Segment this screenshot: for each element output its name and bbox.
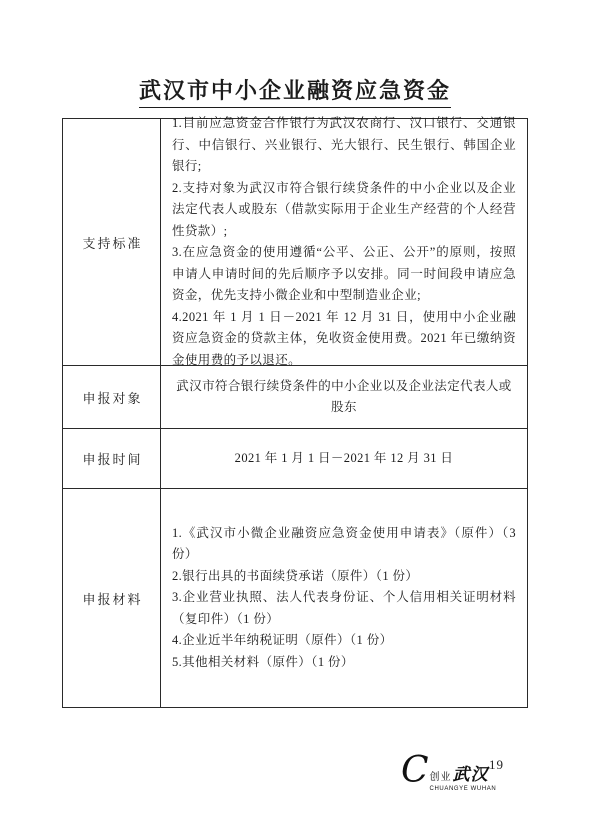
- row-content: 1.《武汉市小微企业融资应急资金使用申请表》（原件）（3 份）2.银行出具的书面…: [161, 489, 527, 707]
- chuangye-wuhan-logo: C 创业 武汉 CHUANGYE WUHAN: [401, 754, 496, 792]
- row-content: 2021 年 1 月 1 日－2021 年 12 月 31 日: [161, 429, 527, 488]
- title-row: 武汉市中小企业融资应急资金: [0, 74, 590, 108]
- content-line: 3.企业营业执照、法人代表身份证、个人信用相关证明材料（复印件）（1 份）: [172, 587, 516, 630]
- table-row: 申报对象武汉市符合银行续贷条件的中小企业以及企业法定代表人或股东: [63, 365, 527, 428]
- table-row: 申报材料1.《武汉市小微企业融资应急资金使用申请表》（原件）（3 份）2.银行出…: [63, 488, 527, 707]
- content-line: 2.支持对象为武汉市符合银行续贷条件的中小企业以及企业法定代表人或股东（借款实际…: [172, 178, 516, 243]
- info-table: 支持标准1.目前应急资金合作银行为武汉农商行、汉口银行、交通银行、中信银行、兴业…: [62, 118, 528, 708]
- content-line: 1.目前应急资金合作银行为武汉农商行、汉口银行、交通银行、中信银行、兴业银行、光…: [172, 113, 516, 178]
- row-content: 武汉市符合银行续贷条件的中小企业以及企业法定代表人或股东: [161, 366, 527, 428]
- table-row: 申报时间2021 年 1 月 1 日－2021 年 12 月 31 日: [63, 428, 527, 488]
- logo-text-block: 创业 武汉 CHUANGYE WUHAN: [430, 760, 497, 792]
- logo-c-glyph: C: [401, 754, 429, 788]
- content-line: 2.银行出具的书面续贷承诺（原件）（1 份）: [172, 566, 516, 588]
- row-content: 1.目前应急资金合作银行为武汉农商行、汉口银行、交通银行、中信银行、兴业银行、光…: [161, 119, 527, 365]
- content-line: 3.在应急资金的使用遵循“公平、公正、公开”的原则，按照申请人申请时间的先后顺序…: [172, 242, 516, 307]
- content-line: 5.其他相关材料（原件）（1 份）: [172, 652, 516, 674]
- page-number: 19: [489, 757, 504, 773]
- row-label: 申报材料: [63, 489, 161, 707]
- logo-cn-main: 武汉: [453, 760, 489, 785]
- content-line: 4.企业近半年纳税证明（原件）（1 份）: [172, 630, 516, 652]
- row-label: 支持标准: [63, 119, 161, 365]
- content-line: 2021 年 1 月 1 日－2021 年 12 月 31 日: [172, 448, 516, 470]
- table-row: 支持标准1.目前应急资金合作银行为武汉农商行、汉口银行、交通银行、中信银行、兴业…: [63, 119, 527, 365]
- logo-cn-prefix: 创业: [430, 768, 452, 783]
- logo-en-text: CHUANGYE WUHAN: [430, 786, 497, 792]
- content-line: 1.《武汉市小微企业融资应急资金使用申请表》（原件）（3 份）: [172, 523, 516, 566]
- row-label: 申报对象: [63, 366, 161, 428]
- content-line: 4.2021 年 1 月 1 日－2021 年 12 月 31 日，使用中小企业…: [172, 307, 516, 372]
- page-title: 武汉市中小企业融资应急资金: [139, 74, 451, 108]
- content-line: 武汉市符合银行续贷条件的中小企业以及企业法定代表人或股东: [172, 376, 516, 419]
- row-label: 申报时间: [63, 429, 161, 488]
